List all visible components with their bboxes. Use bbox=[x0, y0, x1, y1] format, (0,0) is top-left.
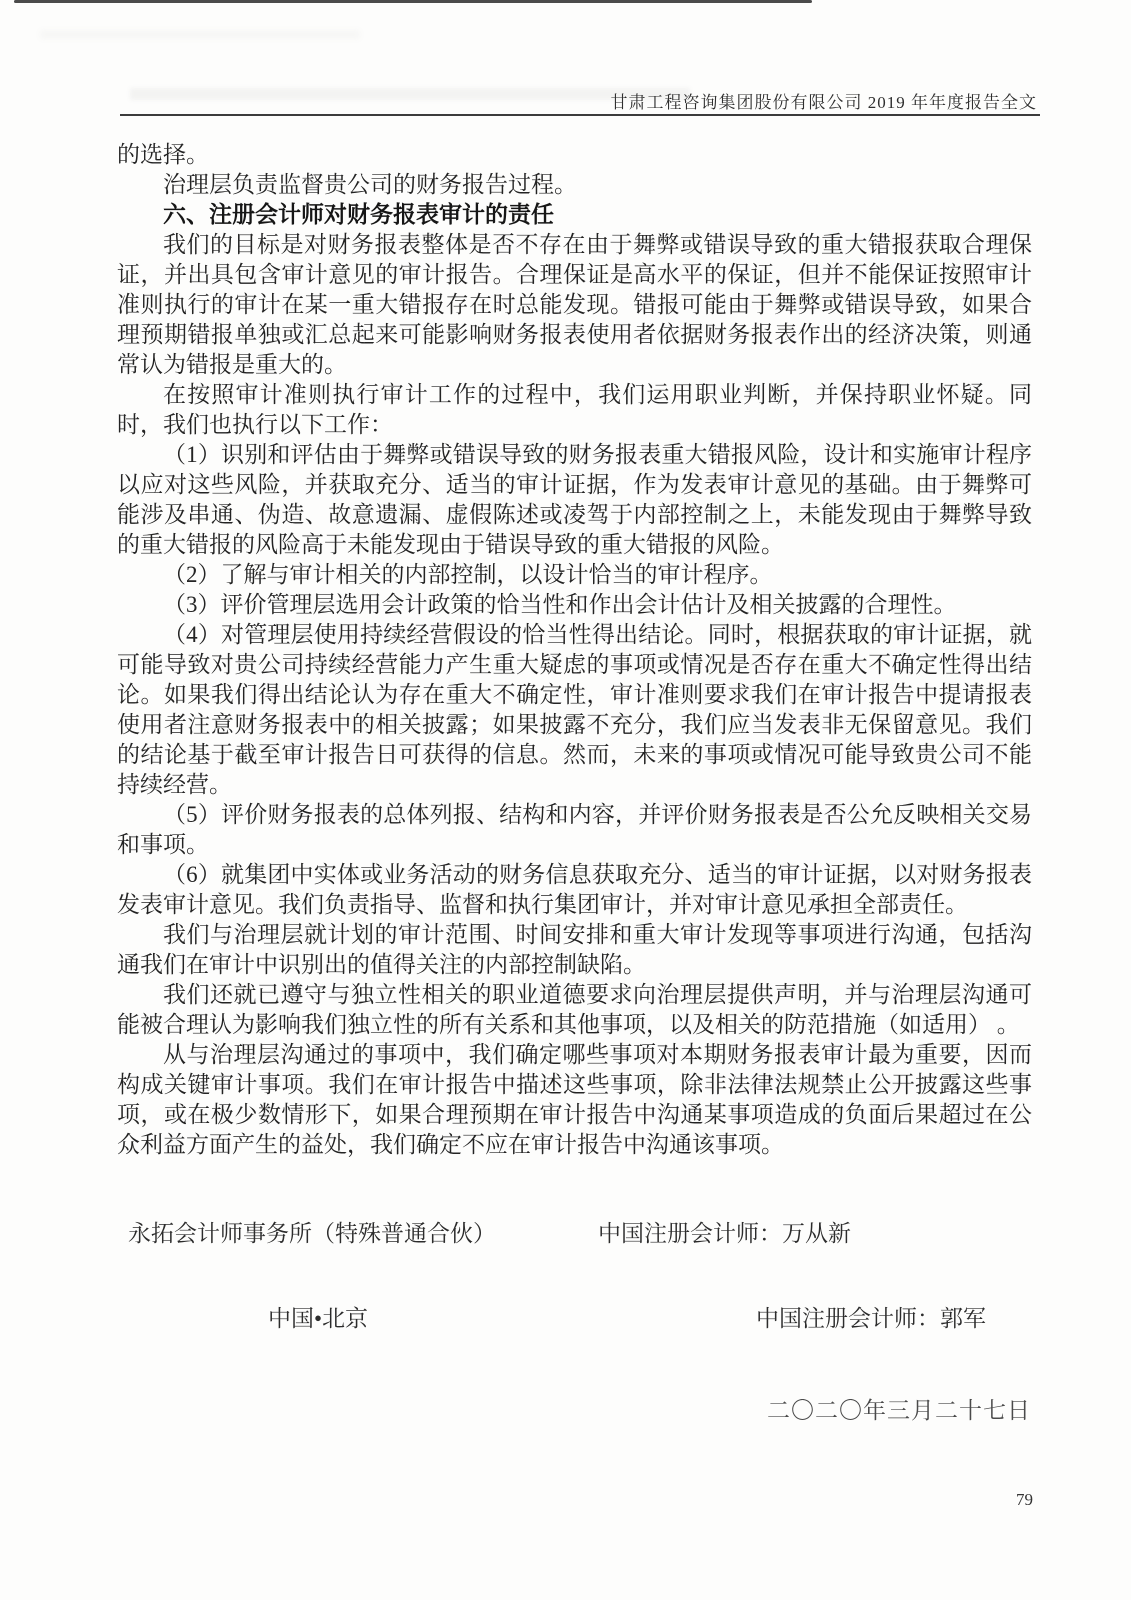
paragraph: 我们还就已遵守与独立性相关的职业道德要求向治理层提供声明，并与治理层沟通可能被合… bbox=[117, 980, 1032, 1040]
paragraph: 在按照审计准则执行审计工作的过程中，我们运用职业判断，并保持职业怀疑。同时，我们… bbox=[117, 380, 1032, 440]
paragraph: （1）识别和评估由于舞弊或错误导致的财务报表重大错报风险，设计和实施审计程序以应… bbox=[117, 440, 1032, 560]
paragraph: （4）对管理层使用持续经营假设的恰当性得出结论。同时，根据获取的审计证据，就可能… bbox=[117, 620, 1032, 800]
header-divider bbox=[120, 114, 1040, 116]
scan-artifact-top-edge bbox=[14, 0, 812, 3]
report-date: 二〇二〇年三月二十七日 bbox=[767, 1392, 1031, 1425]
paragraph: 我们与治理层就计划的审计范围、时间安排和重大审计发现等事项进行沟通，包括沟通我们… bbox=[117, 920, 1032, 980]
section-heading: 六、注册会计师对财务报表审计的责任 bbox=[117, 200, 1032, 230]
paragraph: （2）了解与审计相关的内部控制，以设计恰当的审计程序。 bbox=[117, 560, 1032, 590]
audit-firm-name: 永拓会计师事务所（特殊普通合伙） bbox=[128, 1215, 496, 1248]
scan-artifact-smudge bbox=[130, 88, 690, 100]
paragraph: （5）评价财务报表的总体列报、结构和内容，并评价财务报表是否公允反映相关交易和事… bbox=[117, 800, 1032, 860]
audit-firm-location: 中国•北京 bbox=[268, 1300, 368, 1333]
report-page: 甘肃工程咨询集团股份有限公司 2019 年年度报告全文 的选择。治理层负责监督贵… bbox=[0, 0, 1131, 1600]
cpa-signature-second: 中国注册会计师：郭军 bbox=[756, 1300, 986, 1333]
cpa-signature-first: 中国注册会计师：万从新 bbox=[598, 1215, 851, 1248]
paragraph: 从与治理层沟通过的事项中，我们确定哪些事项对本期财务报表审计最为重要，因而构成关… bbox=[117, 1040, 1032, 1160]
scan-artifact-smudge bbox=[40, 30, 360, 39]
paragraph: 我们的目标是对财务报表整体是否不存在由于舞弊或错误导致的重大错报获取合理保证，并… bbox=[117, 230, 1032, 380]
paragraph: （6）就集团中实体或业务活动的财务信息获取充分、适当的审计证据，以对财务报表发表… bbox=[117, 860, 1032, 920]
paragraph: （3）评价管理层选用会计政策的恰当性和作出会计估计及相关披露的合理性。 bbox=[117, 590, 1032, 620]
paragraph: 的选择。 bbox=[117, 140, 1032, 170]
paragraph: 治理层负责监督贵公司的财务报告过程。 bbox=[117, 170, 1032, 200]
page-header-title: 甘肃工程咨询集团股份有限公司 2019 年年度报告全文 bbox=[611, 88, 1038, 113]
audit-report-body: 的选择。治理层负责监督贵公司的财务报告过程。六、注册会计师对财务报表审计的责任我… bbox=[117, 140, 1032, 1160]
page-number: 79 bbox=[1016, 1490, 1033, 1510]
